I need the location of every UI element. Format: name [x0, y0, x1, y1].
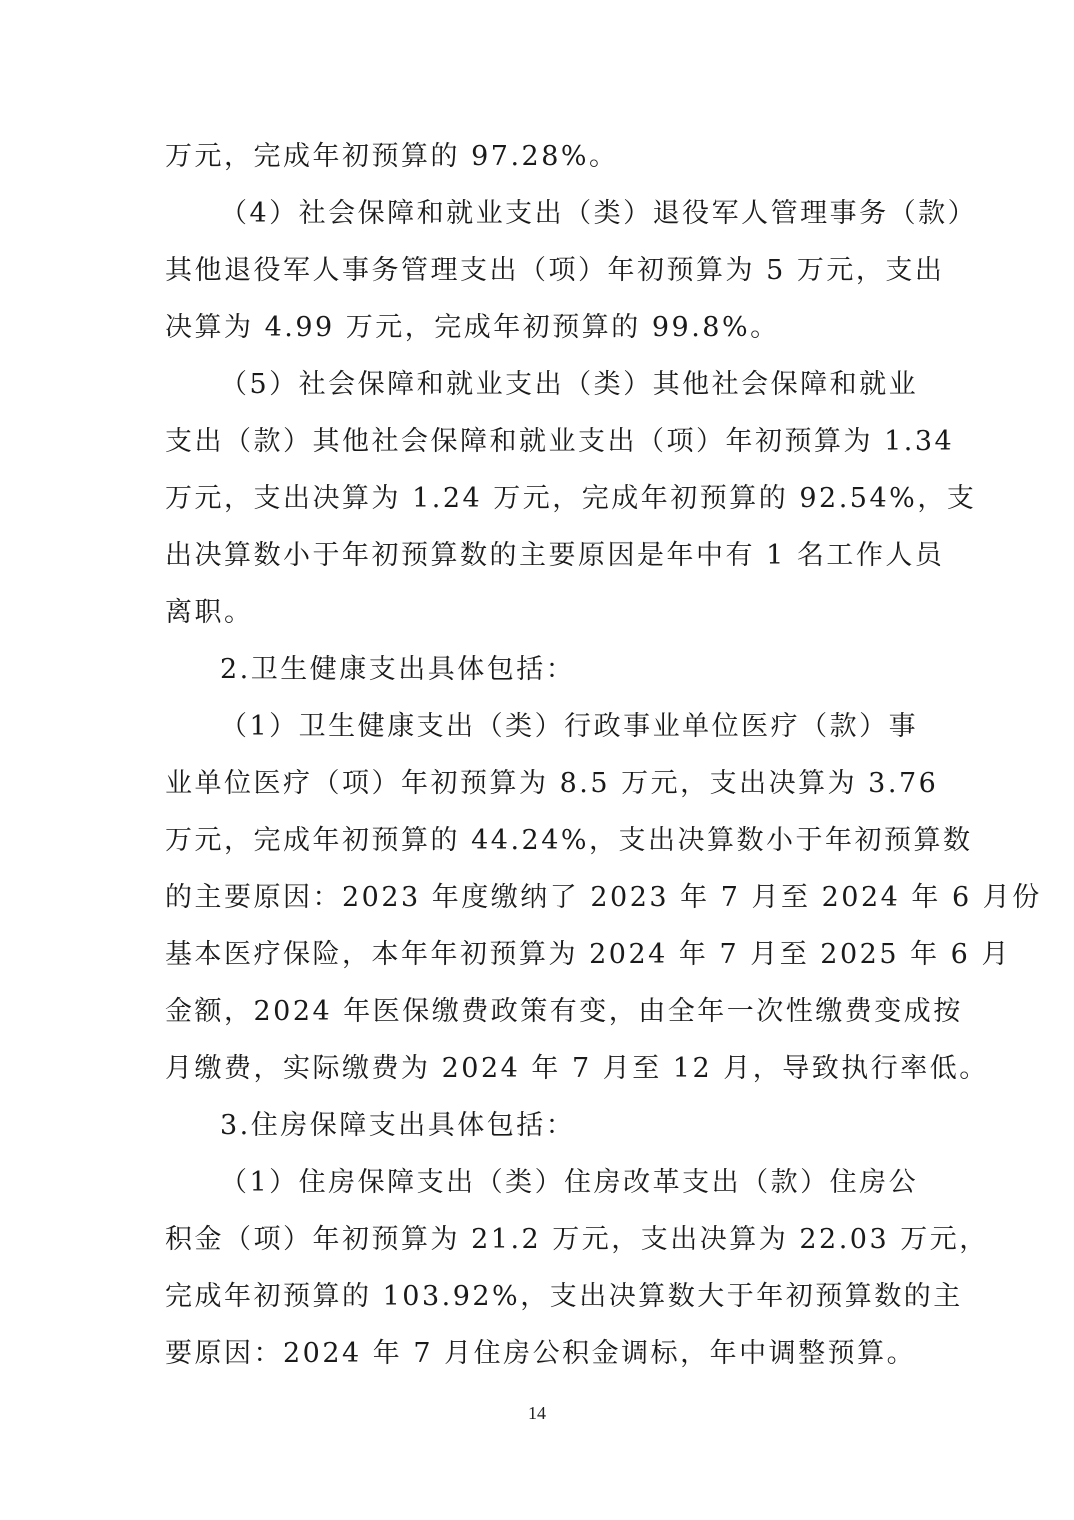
text-line: 要原因：2024 年 7 月住房公积金调标，年中调整预算。 [165, 1334, 910, 1374]
document-page: 万元，完成年初预算的 97.28%。（4）社会保障和就业支出（类）退役军人管理事… [0, 0, 1074, 1520]
text-line: 决算为 4.99 万元，完成年初预算的 99.8%。 [165, 308, 910, 348]
text-line: 基本医疗保险，本年年初预算为 2024 年 7 月至 2025 年 6 月 [165, 935, 910, 975]
text-line: 万元，完成年初预算的 44.24%，支出决算数小于年初预算数 [165, 821, 910, 861]
text-line: 离职。 [165, 593, 910, 633]
text-line: （5）社会保障和就业支出（类）其他社会保障和就业 [220, 365, 910, 405]
text-line: 3.住房保障支出具体包括： [220, 1106, 910, 1146]
text-line: 的主要原因：2023 年度缴纳了 2023 年 7 月至 2024 年 6 月份 [165, 878, 910, 918]
text-line: （1）住房保障支出（类）住房改革支出（款）住房公 [220, 1163, 910, 1203]
text-line: 支出（款）其他社会保障和就业支出（项）年初预算为 1.34 [165, 422, 910, 462]
text-line: 积金（项）年初预算为 21.2 万元，支出决算为 22.03 万元， [165, 1220, 910, 1260]
text-line: 出决算数小于年初预算数的主要原因是年中有 1 名工作人员 [165, 536, 910, 576]
text-line: 万元，完成年初预算的 97.28%。 [165, 137, 910, 177]
text-line: 2.卫生健康支出具体包括： [220, 650, 910, 690]
text-line: 其他退役军人事务管理支出（项）年初预算为 5 万元，支出 [165, 251, 910, 291]
text-line: 完成年初预算的 103.92%，支出决算数大于年初预算数的主 [165, 1277, 910, 1317]
text-line: （4）社会保障和就业支出（类）退役军人管理事务（款） [220, 194, 910, 234]
text-line: 万元，支出决算为 1.24 万元，完成年初预算的 92.54%，支 [165, 479, 910, 519]
page-number: 14 [0, 1403, 1074, 1424]
text-line: 月缴费，实际缴费为 2024 年 7 月至 12 月，导致执行率低。 [165, 1049, 910, 1089]
text-line: （1）卫生健康支出（类）行政事业单位医疗（款）事 [220, 707, 910, 747]
text-line: 业单位医疗（项）年初预算为 8.5 万元，支出决算为 3.76 [165, 764, 910, 804]
text-line: 金额，2024 年医保缴费政策有变，由全年一次性缴费变成按 [165, 992, 910, 1032]
